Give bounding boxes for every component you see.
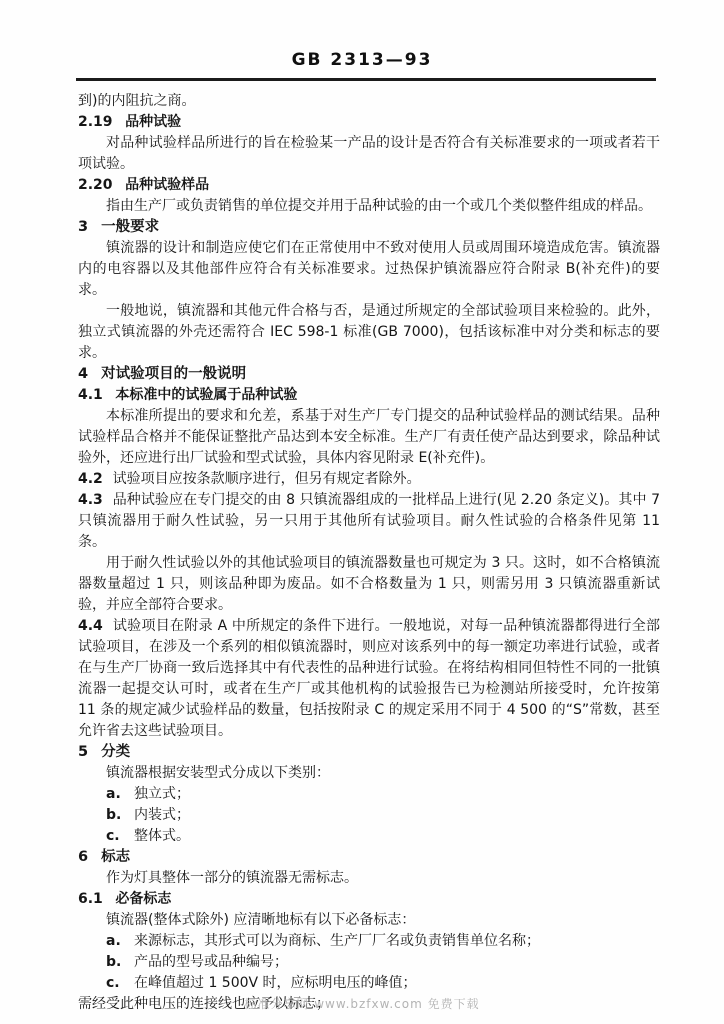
clause-number: 4.4 (78, 618, 103, 634)
page-footer: 标准分享网 www.bzfxw.com 免费下载 (0, 995, 724, 1012)
list-marker: c. (106, 826, 134, 847)
clause-title: 必备标志 (115, 891, 171, 907)
list-item-5a: a.独立式； (78, 784, 660, 805)
clause-text: 试验项目在附录 A 中所规定的条件下进行。一般地说，对每一品种镇流器都得进行全部… (78, 618, 660, 739)
chapter-title: 标志 (101, 849, 130, 865)
paragraph-6-1-intro: 镇流器(整体式除外) 应清晰地标有以下必备标志： (78, 910, 660, 931)
clause-2-19-heading: 2.19品种试验 (78, 112, 660, 133)
list-text: 整体式。 (134, 828, 190, 844)
list-item-5c: c.整体式。 (78, 826, 660, 847)
list-item-5b: b.内装式； (78, 805, 660, 826)
list-item-6-1a: a.来源标志，其形式可以为商标、生产厂厂名或负责销售单位名称； (78, 931, 660, 952)
paragraph-4-1-body: 本标准所提出的要求和允差，系基于对生产厂专门提交的品种试验样品的测试结果。品种试… (78, 406, 660, 469)
list-text: 内装式； (134, 807, 190, 823)
clause-4-1-heading: 4.1本标准中的试验属于品种试验 (78, 385, 660, 406)
clause-number: 2.19 (78, 114, 113, 130)
paragraph-general-1: 镇流器的设计和制造应使它们在正常使用中不致对使用人员或周围环境造成危害。镇流器内… (78, 238, 660, 301)
chapter-5-heading: 5分类 (78, 742, 660, 763)
chapter-number: 4 (78, 366, 88, 382)
list-item-6-1b: b.产品的型号或品种编号； (78, 952, 660, 973)
paragraph-6-intro: 作为灯具整体一部分的镇流器无需标志。 (78, 868, 660, 889)
list-text: 在峰值超过 1 500V 时，应标明电压的峰值； (134, 975, 417, 991)
list-text: 产品的型号或品种编号； (134, 954, 288, 970)
page-header: GB 2313—93 (0, 0, 724, 81)
clause-6-1-heading: 6.1必备标志 (78, 889, 660, 910)
paragraph-5-intro: 镇流器根据安装型式分成以下类别： (78, 763, 660, 784)
clause-4-3: 4.3品种试验应在专门提交的由 8 只镇流器组成的一批样品上进行(见 2.20 … (78, 490, 660, 553)
clause-title: 品种试验 (125, 114, 181, 130)
standard-number: GB 2313—93 (0, 50, 724, 70)
paragraph-4-3-body: 用于耐久性试验以外的其他试验项目的镇流器数量也可规定为 3 只。这时，如不合格镇… (78, 553, 660, 616)
list-marker: b. (106, 805, 134, 826)
document-content: 到)的内阻抗之商。 2.19品种试验 对品种试验样品所进行的旨在检验某一产品的设… (0, 81, 724, 1015)
clause-number: 6.1 (78, 891, 103, 907)
clause-4-2: 4.2试验项目应按条款顺序进行，但另有规定者除外。 (78, 469, 660, 490)
chapter-4-heading: 4对试验项目的一般说明 (78, 364, 660, 385)
clause-title: 本标准中的试验属于品种试验 (115, 387, 297, 403)
clause-title: 品种试验样品 (125, 177, 209, 193)
list-marker: b. (106, 952, 134, 973)
list-marker: a. (106, 931, 134, 952)
chapter-title: 一般要求 (101, 219, 159, 235)
clause-number: 4.3 (78, 492, 103, 508)
paragraph-definition-2-20: 指由生产厂或负责销售的单位提交并用于品种试验的由一个或几个类似整件组成的样品。 (78, 196, 660, 217)
list-item-6-1c: c.在峰值超过 1 500V 时，应标明电压的峰值； (78, 973, 660, 994)
list-text: 独立式； (134, 786, 190, 802)
clause-2-20-heading: 2.20品种试验样品 (78, 175, 660, 196)
watermark-text: 标准分享网 www.bzfxw.com 免费下载 (244, 997, 479, 1011)
chapter-number: 3 (78, 219, 88, 235)
document-page: GB 2313—93 到)的内阻抗之商。 2.19品种试验 对品种试验样品所进行… (0, 0, 724, 1024)
list-text: 来源标志，其形式可以为商标、生产厂厂名或负责销售单位名称； (134, 933, 540, 949)
chapter-6-heading: 6标志 (78, 847, 660, 868)
clause-number: 4.2 (78, 471, 103, 487)
paragraph-continuation-top: 到)的内阻抗之商。 (78, 91, 660, 112)
chapter-number: 5 (78, 744, 88, 760)
list-marker: c. (106, 973, 134, 994)
chapter-title: 对试验项目的一般说明 (101, 366, 246, 382)
chapter-number: 6 (78, 849, 88, 865)
paragraph-general-2: 一般地说，镇流器和其他元件合格与否，是通过所规定的全部试验项目来检验的。此外，独… (78, 301, 660, 364)
chapter-3-heading: 3一般要求 (78, 217, 660, 238)
list-marker: a. (106, 784, 134, 805)
clause-text: 品种试验应在专门提交的由 8 只镇流器组成的一批样品上进行(见 2.20 条定义… (78, 492, 660, 550)
chapter-title: 分类 (101, 744, 130, 760)
paragraph-definition-2-19: 对品种试验样品所进行的旨在检验某一产品的设计是否符合有关标准要求的一项或者若干项… (78, 133, 660, 175)
clause-number: 2.20 (78, 177, 113, 193)
clause-number: 4.1 (78, 387, 103, 403)
clause-text: 试验项目应按条款顺序进行，但另有规定者除外。 (113, 471, 421, 487)
clause-4-4: 4.4试验项目在附录 A 中所规定的条件下进行。一般地说，对每一品种镇流器都得进… (78, 616, 660, 742)
